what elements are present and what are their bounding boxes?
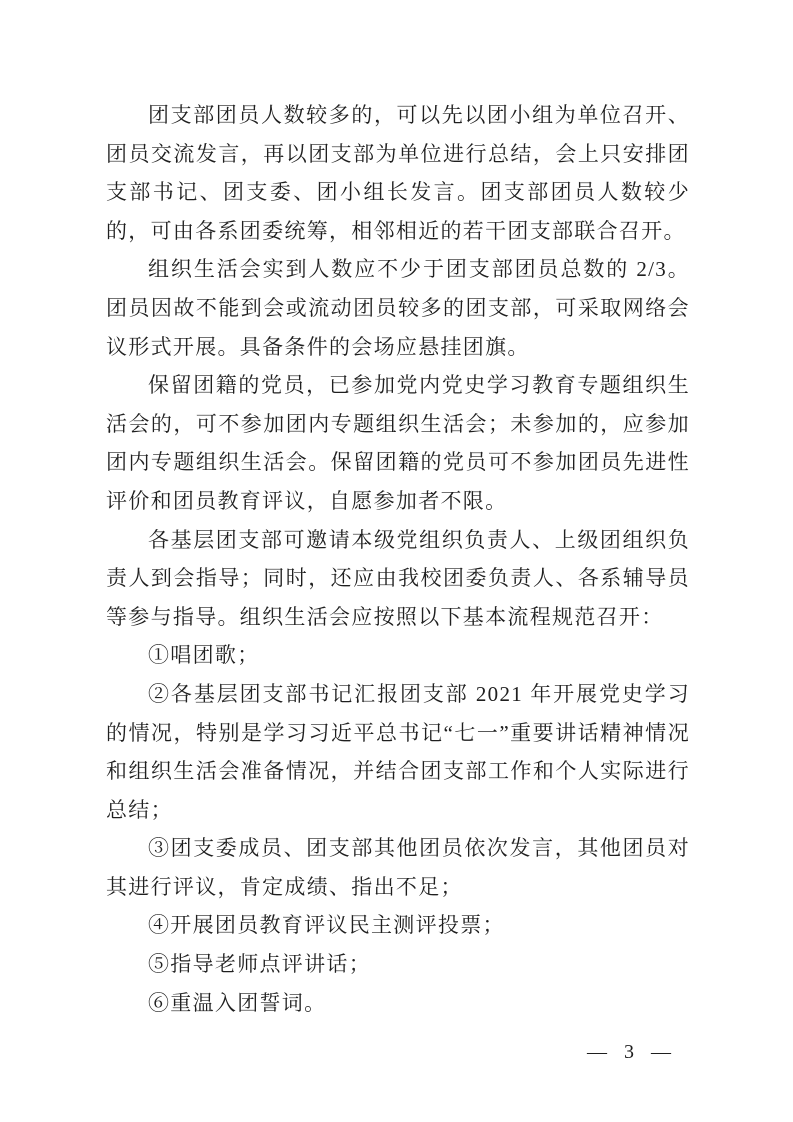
paragraph-attendance-requirement: 组织生活会实到人数应不少于团支部团员总数的 2/3。团员因故不能到会或流动团员较…	[106, 250, 690, 366]
list-item-1-sing-league-song: ①唱团歌；	[106, 636, 690, 675]
list-item-2-secretary-report: ②各基层团支部书记汇报团支部 2021 年开展党史学习的情况，特别是学习习近平总…	[106, 675, 690, 829]
document-page: 团支部团员人数较多的，可以先以团小组为单位召开、团员交流发言，再以团支部为单位进…	[0, 0, 793, 1122]
list-item-4-democratic-evaluation-vote: ④开展团员教育评议民主测评投票；	[106, 906, 690, 945]
list-item-6-retake-league-oath: ⑥重温入团誓词。	[106, 984, 690, 1023]
page-number: — 3 —	[587, 1041, 672, 1063]
paragraph-party-members-retaining-league-membership: 保留团籍的党员，已参加党内党史学习教育专题组织生活会的，可不参加团内专题组织生活…	[106, 366, 690, 520]
page-footer: — 3 —	[587, 1041, 672, 1064]
paragraph-guidance-and-procedure-intro: 各基层团支部可邀请本级党组织负责人、上级团组织负责人到会指导；同时，还应由我校团…	[106, 521, 690, 637]
list-item-5-advisor-comments: ⑤指导老师点评讲话；	[106, 945, 690, 984]
document-body: 团支部团员人数较多的，可以先以团小组为单位召开、团员交流发言，再以团支部为单位进…	[106, 96, 690, 1022]
paragraph-meeting-format: 团支部团员人数较多的，可以先以团小组为单位召开、团员交流发言，再以团支部为单位进…	[106, 96, 690, 250]
list-item-3-member-speeches: ③团支委成员、团支部其他团员依次发言，其他团员对其进行评议，肯定成绩、指出不足；	[106, 829, 690, 906]
